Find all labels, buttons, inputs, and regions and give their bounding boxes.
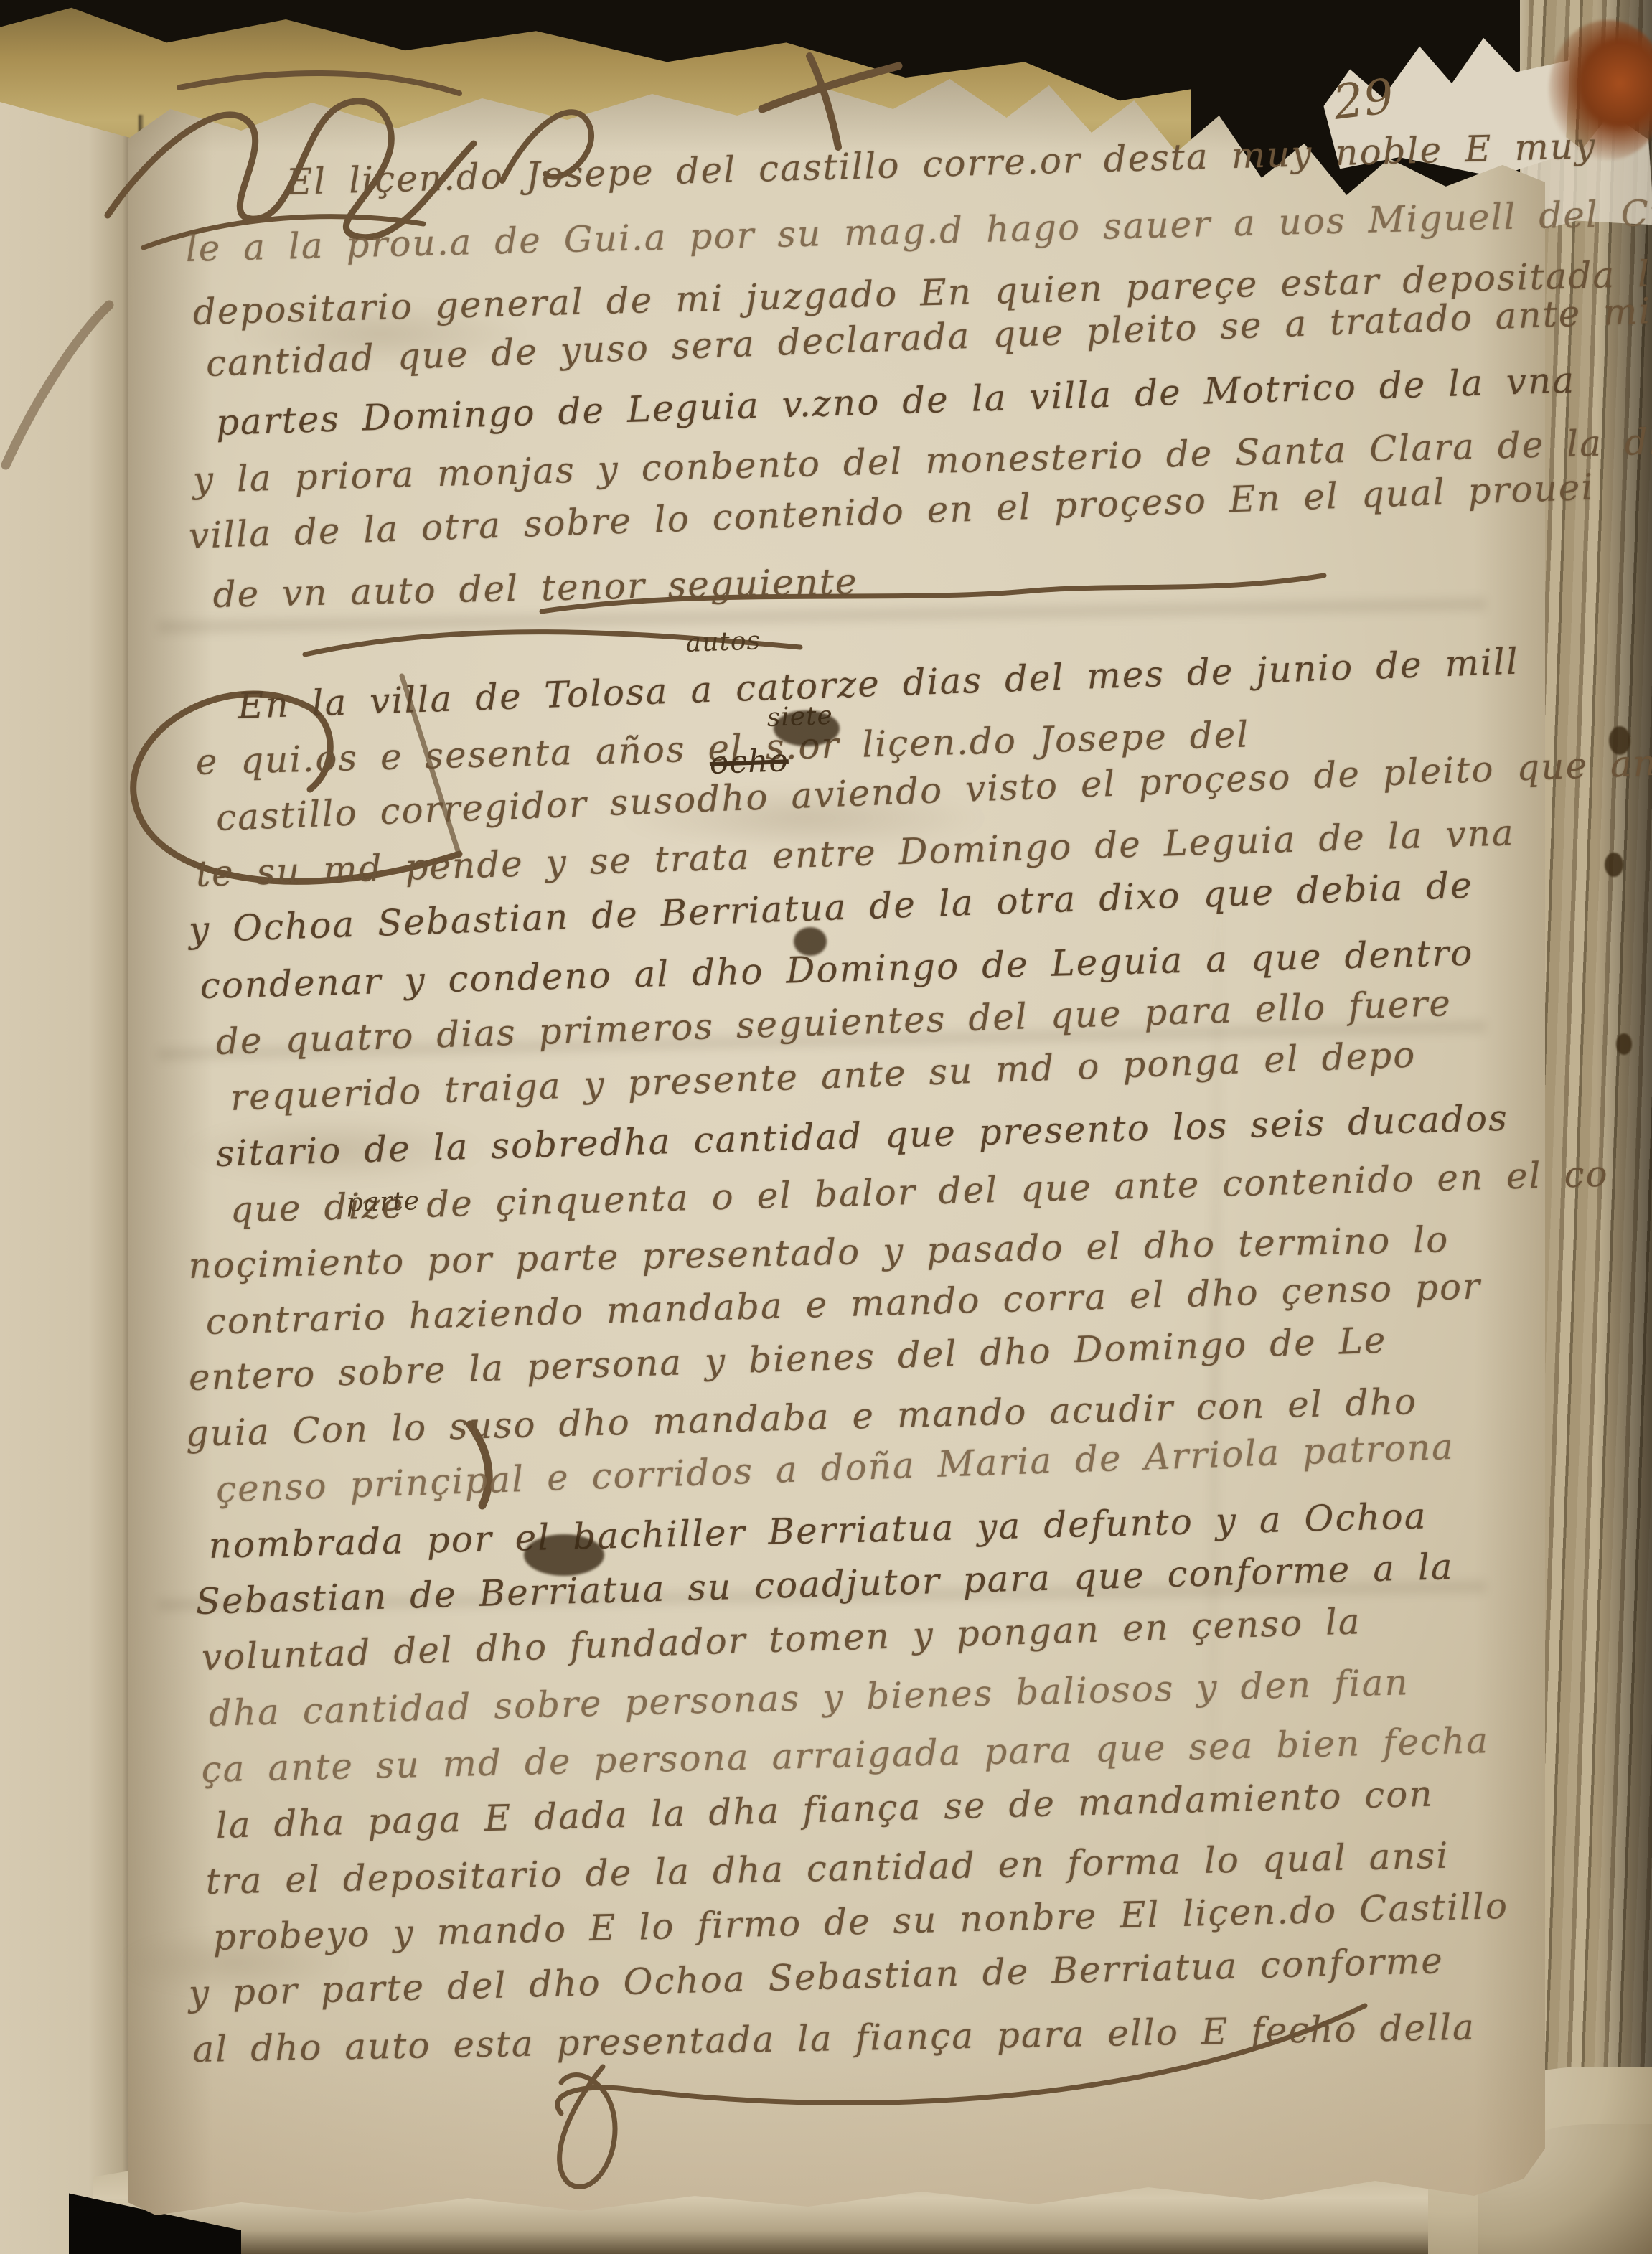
ink-speck	[1616, 1033, 1632, 1055]
folio-number: 29	[1330, 68, 1397, 131]
ink-blot	[794, 927, 827, 956]
interlinear-insertion: parte	[346, 1186, 421, 1218]
manuscript-photo: 29 El liçen.do Josepe del castillo corre…	[0, 0, 1652, 2254]
ink-blot	[774, 710, 840, 746]
interlinear-insertion: autos	[685, 626, 761, 658]
facing-page	[0, 85, 142, 2254]
ink-blot	[524, 1534, 604, 1576]
struck-word: ocho	[709, 742, 789, 781]
ink-speck	[1605, 853, 1623, 877]
